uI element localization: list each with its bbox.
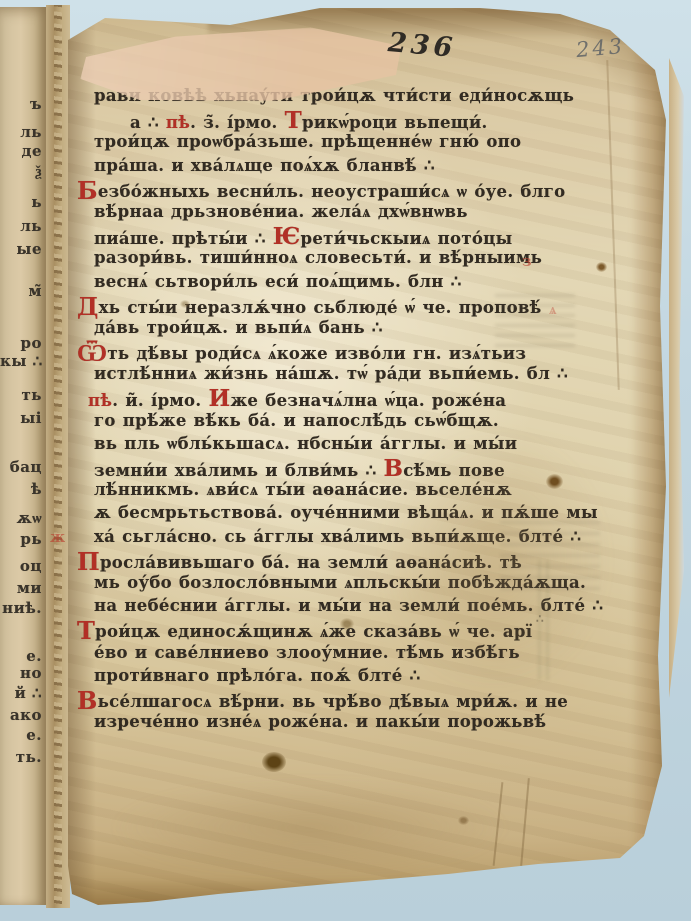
clipped-letter-fragment: ми	[0, 579, 42, 597]
clipped-letter-fragment: де	[0, 142, 42, 160]
text-segment: проти́внаго прѣло́га. поѫ́ блте́ ∴	[94, 666, 420, 685]
text-segment: го прѣ́же вѣ́кь ба́. и напослѣ́дь сьѡ́бщ…	[94, 411, 499, 430]
water-stain	[110, 780, 510, 875]
text-segment: хь сты́и неразлѫ́чно сьблюде́ ѡ́ че. про…	[99, 298, 542, 317]
clipped-letter-fragment: ъ	[0, 95, 42, 113]
rubric-initial: Б	[77, 179, 98, 203]
manuscript-page: рави ковѣѣ хьнау́ти трои́цѫ чти́сти еди́…	[68, 6, 670, 908]
previous-page-edge: ъльдеѯьльыем̃рокы ∴тьыібацѣѫѡрьоцминиѣ.е…	[0, 7, 46, 905]
text-segment: земни́и хва́лимь и блви́мь ∴	[94, 461, 383, 480]
text-segment: рикѡ́роци вьпещи́.	[302, 113, 488, 132]
clipped-letter-fragment: й ∴	[0, 684, 42, 702]
text-segment: а ∴	[130, 113, 166, 132]
clipped-letter-fragment: рь	[0, 530, 42, 548]
following-pages-edge	[669, 58, 684, 698]
clipped-letter-fragment: е.	[0, 647, 42, 665]
clipped-letter-fragment: бац	[0, 458, 42, 476]
text-line: пиа́ше. прѣты́и ∴ Ѥрети́чьскыиѧ пото́цы	[94, 225, 580, 248]
text-segment: веснѧ́ сьтвори́ль еси́ поѧ́щимь. блн ∴	[94, 272, 462, 291]
clipped-letter-fragment: ь	[0, 193, 42, 211]
stain	[596, 262, 607, 272]
rubric-initial: В	[77, 689, 98, 713]
clipped-letter-fragment: ыі	[0, 409, 42, 427]
clipped-letter-fragment: оц	[0, 557, 42, 575]
text-line: пѣ. и̃. і́рмо. Иже безначѧ́лна ѡ́ца. рож…	[88, 387, 580, 410]
text-segment: рети́чьскыиѧ пото́цы	[301, 229, 513, 248]
clipped-letter-fragment: ниѣ.	[0, 599, 42, 617]
margin-mark: ж	[50, 528, 65, 546]
text-segment: пѣ	[166, 113, 190, 132]
binding-gutter	[46, 5, 70, 908]
margin-mark: ∴	[536, 612, 544, 626]
ink-bleedthrough	[495, 292, 575, 347]
clipped-letter-fragment: ако	[0, 706, 42, 724]
rubric-initial: В	[383, 455, 403, 482]
text-line: изрече́нно изне́ѧ роже́на. и пакы́и поро…	[94, 712, 580, 735]
text-line: а ∴ пѣ. з̃. і́рмо. Трикѡ́роци вьпещи́.	[130, 109, 580, 132]
text-line: разори́вь. тиши́нноѧ словесьти́. и вѣ́рн…	[94, 248, 580, 271]
stain	[180, 300, 190, 308]
clipped-letter-fragment: ѫѡ	[0, 509, 42, 528]
text-segment: ьсе́лшагосѧ вѣ́рни. вь чрѣ́во дѣ́выѧ мри…	[98, 692, 569, 711]
clipped-letter-fragment: ть	[0, 386, 42, 404]
text-line: Безбо́жныхь весни́ль. неоустраши́сѧ ѡ о́…	[94, 179, 580, 202]
text-segment: трои́цѫ проѡбра́зьше. прѣщенне́ѡ гню́ оп…	[94, 132, 521, 151]
stain	[262, 752, 286, 772]
text-line: истлѣ́нниѧ жи́знь на́шѫ. тѡ́ ра́ди вьпи́…	[94, 364, 580, 387]
clipped-letter-fragment: ль	[0, 123, 42, 141]
rubric-initial: Ѿ	[77, 341, 107, 365]
page-number-ink: 236	[387, 27, 458, 64]
clipped-letter-fragment: м̃	[0, 282, 42, 300]
clipped-letter-fragment: ѯ	[0, 162, 42, 181]
clipped-letter-fragment: кы ∴	[0, 352, 42, 370]
margin-mark: з	[522, 252, 532, 270]
rubric-initial: П	[77, 550, 100, 574]
text-segment: же безначѧ́лна ѡ́ца. роже́на	[230, 391, 506, 410]
clipped-letter-fragment: ро	[0, 334, 42, 352]
text-segment: истлѣ́нниѧ жи́знь на́шѫ. тѡ́ ра́ди вьпи́…	[94, 364, 568, 383]
text-segment: . з̃. і́рмо.	[190, 113, 284, 132]
clipped-letter-fragment: ть.	[0, 748, 42, 766]
margin-mark: ѧ	[549, 300, 557, 319]
text-line: Вьсе́лшагосѧ вѣ́рни. вь чрѣ́во дѣ́выѧ мр…	[94, 689, 580, 712]
text-segment: изрече́нно изне́ѧ роже́на. и пакы́и поро…	[94, 712, 546, 731]
text-segment: . и̃. і́рмо.	[112, 391, 208, 410]
rubric-initial: Д	[77, 295, 99, 319]
text-segment: да́вь трои́цѫ. и вьпи́ѧ бань ∴	[94, 318, 383, 337]
text-segment: вѣ́рнаа дрьзнове́ниа. жела́ѧ дхѡ́внѡвь	[94, 202, 468, 221]
stain	[340, 618, 354, 630]
text-segment: пра́ша. и хва́лѧще поѧ́хѫ бланвѣ́ ∴	[94, 156, 435, 175]
clipped-letter-fragment: е.	[0, 726, 42, 744]
rubric-initial: Т	[285, 107, 302, 134]
photo: ъльдеѯьльыем̃рокы ∴тьыібацѣѫѡрьоцминиѣ.е…	[0, 0, 691, 921]
rubric-initial: И	[208, 385, 230, 412]
text-line: трои́цѫ проѡбра́зьше. прѣщенне́ѡ гню́ оп…	[94, 132, 580, 155]
text-line: вѣ́рнаа дрьзнове́ниа. жела́ѧ дхѡ́внѡвь	[94, 202, 580, 225]
clipped-letter-fragment: ль	[0, 217, 42, 235]
clipped-letter-fragment: но	[0, 664, 42, 682]
rubric-initial: Т	[77, 619, 95, 643]
page-number-pencil: 243	[575, 34, 626, 62]
text-segment: пѣ	[88, 391, 112, 410]
text-line: пра́ша. и хва́лѧще поѧ́хѫ бланвѣ́ ∴	[94, 156, 580, 179]
text-segment: пиа́ше. прѣты́и ∴	[94, 229, 273, 248]
text-segment: ть дѣ́вы роди́сѧ ѧ́коже изво́ли гн. изѧ́…	[107, 344, 526, 363]
text-segment: разори́вь. тиши́нноѧ словесьти́. и вѣ́рн…	[94, 248, 542, 267]
rubric-initial: Ѥ	[273, 223, 301, 250]
text-segment: езбо́жныхь весни́ль. неоустраши́сѧ ѡ о́у…	[98, 182, 566, 201]
clipped-letter-fragment: ѣ	[0, 480, 42, 498]
clipped-letter-fragment: ые	[0, 240, 42, 258]
